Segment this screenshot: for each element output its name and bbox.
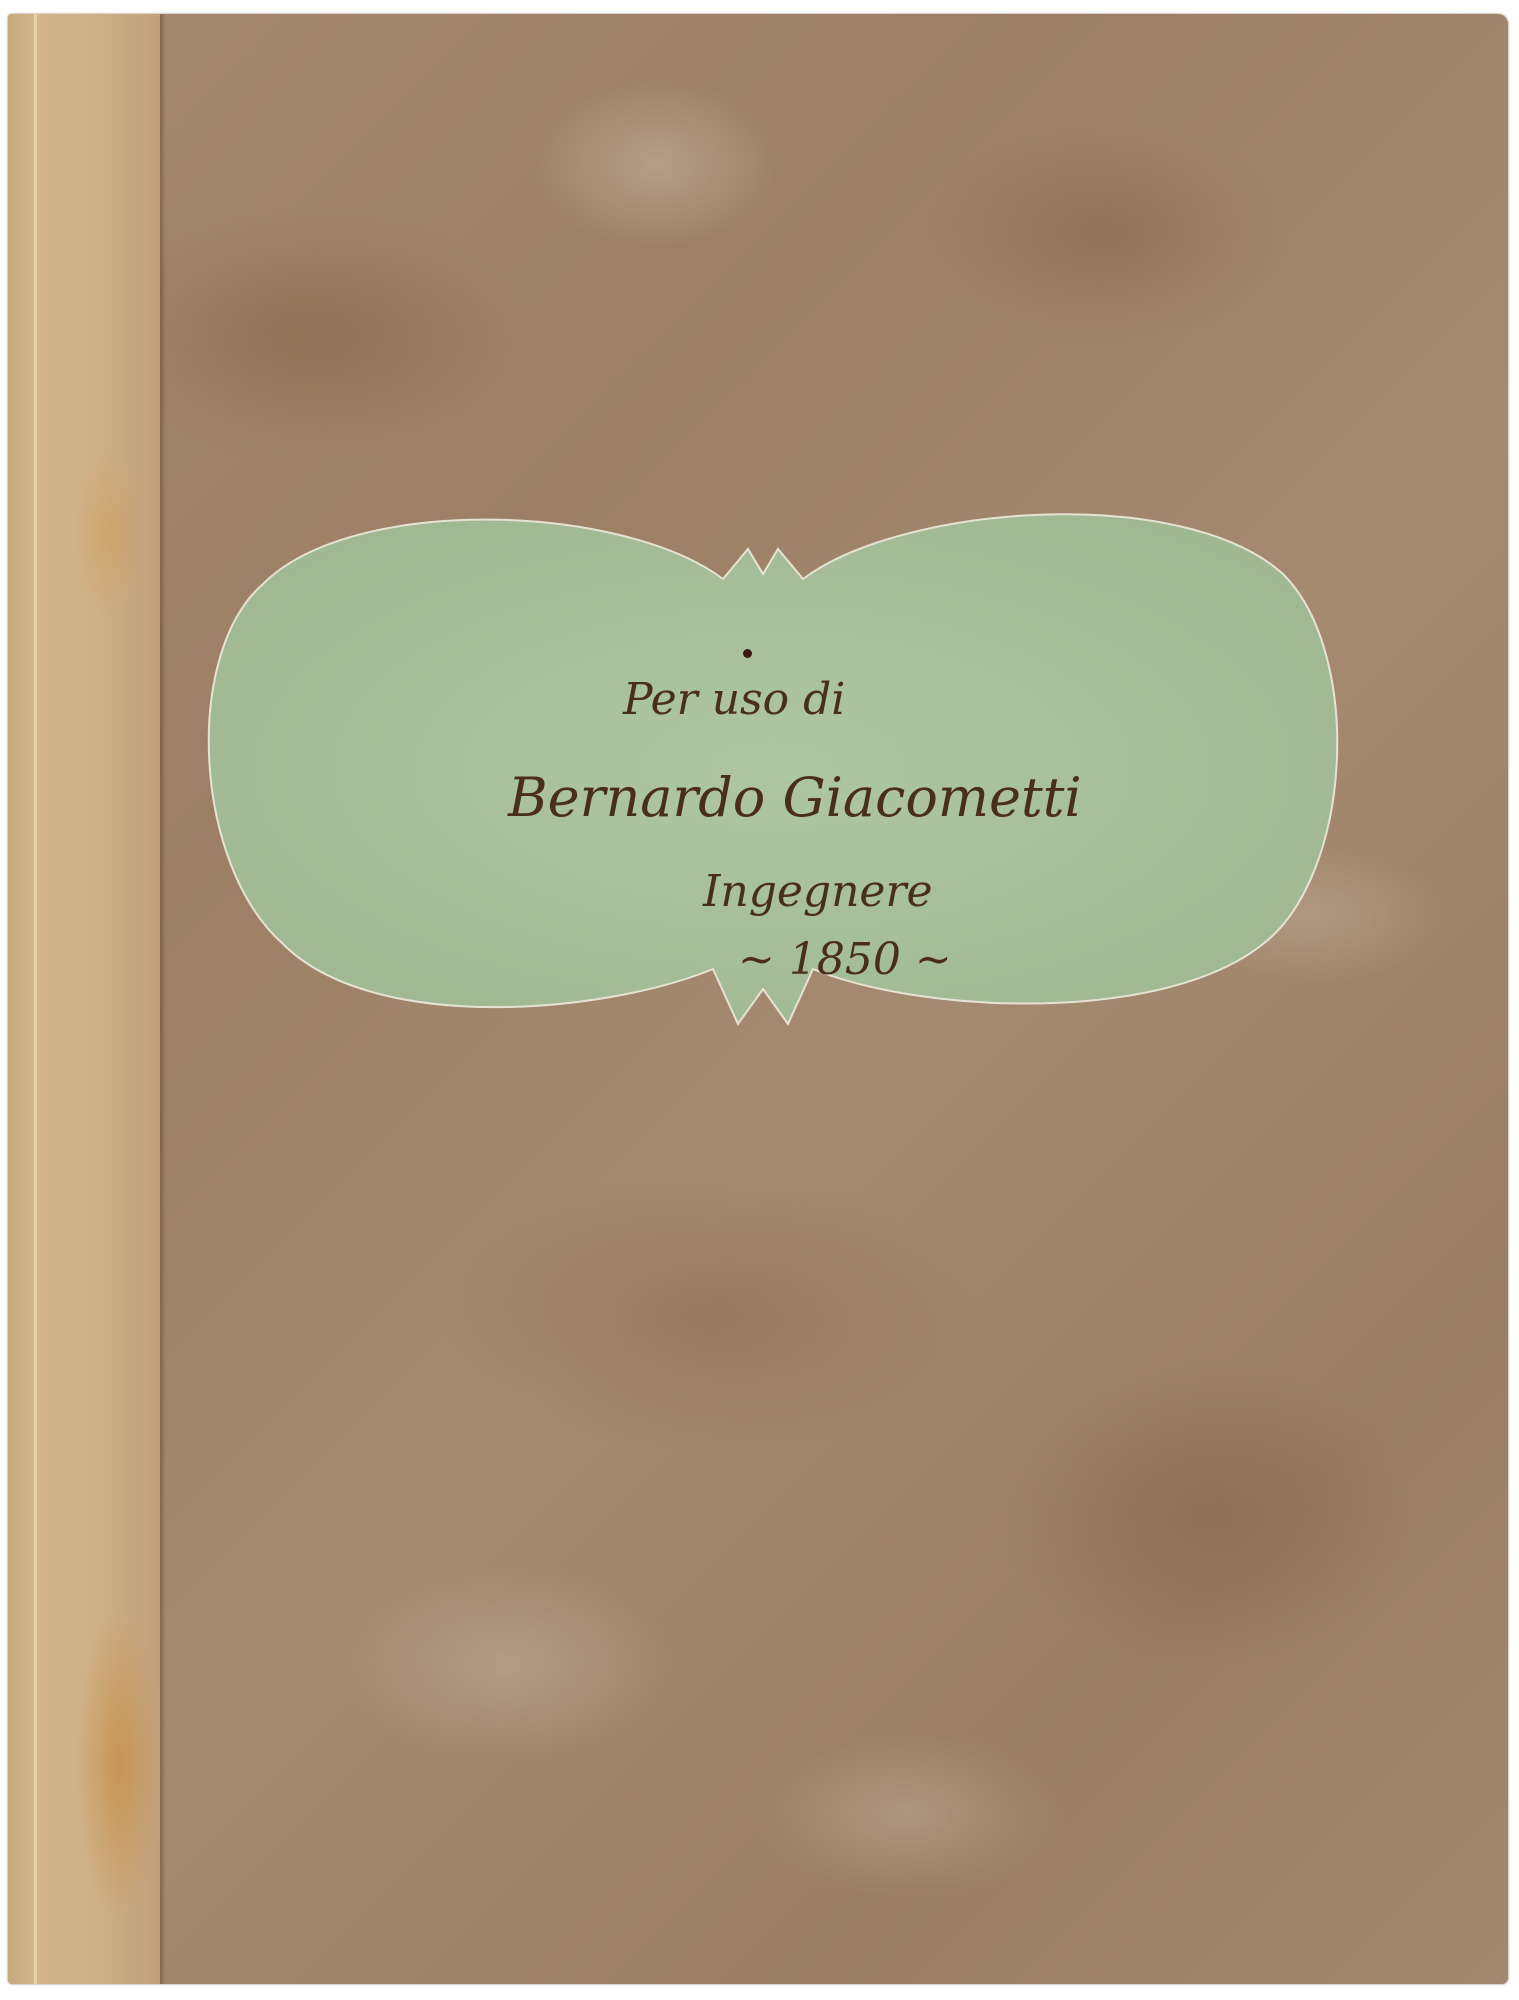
- spine-edge-shadow: [160, 14, 166, 1984]
- notebook-cover: Per uso di Bernardo Giacometti Ingegnere…: [8, 14, 1508, 1984]
- spine: [8, 14, 160, 1984]
- label-line-owner-prefix: Per uso di: [623, 674, 845, 725]
- spine-crease: [34, 14, 37, 1984]
- label-line-owner-name: Bernardo Giacometti: [508, 766, 1082, 829]
- paper-label: Per uso di Bernardo Giacometti Ingegnere…: [203, 494, 1343, 1054]
- label-line-year: ~ 1850 ~: [738, 934, 952, 985]
- label-line-profession: Ingegnere: [703, 866, 933, 917]
